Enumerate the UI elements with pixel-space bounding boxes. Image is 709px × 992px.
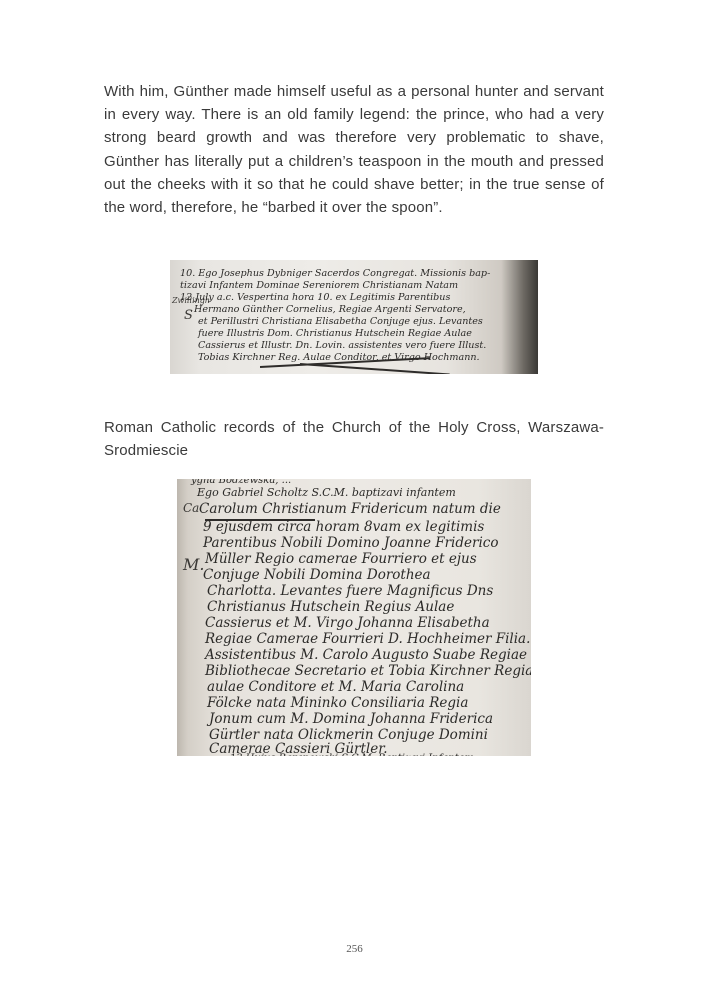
baptismal-record-scan-2: Ca M. ygna Bodzewska, ... Ego Gabriel Sc… [177,479,531,756]
page-number: 256 [0,943,709,955]
record-line: Jonum cum M. Domina Johanna Friderica [177,711,531,727]
record-line: Carolum Christianum Fridericum natum die [177,501,531,517]
record-line: fuere Illustris Dom. Christianus Hutsche… [170,328,538,340]
record-line: Cassierus et M. Virgo Johanna Elisabetha [177,615,531,631]
record-line: Regiae Camerae Fourrieri D. Hochheimer F… [177,631,531,647]
baptismal-record-scan-1: Zwillingh S 10. Ego Josephus Dybniger Sa… [170,260,538,374]
record-line: Charlotta. Levantes fuere Magnificus Dns [177,583,531,599]
record-line: aulae Conditore et M. Maria Carolina [177,679,531,695]
record-line: Hermano Günther Cornelius, Regiae Argent… [170,304,538,316]
image-caption: Roman Catholic records of the Church of … [104,416,604,462]
record-line: 9 ejusdem circa horam 8vam ex legitimis [177,519,531,535]
record-line: 12 July a.c. Vespertina hora 10. ex Legi… [170,292,538,304]
record-line: Cassierus et Illustr. Dn. Lovin. assiste… [170,340,538,352]
body-paragraph-barber-legend: With him, Günther made himself useful as… [104,80,604,219]
record-line: ... 13 Hujus Baranowski S.C.M. Baptizavi… [177,751,531,756]
record-line: Bibliothecae Secretario et Tobia Kirchne… [177,663,531,679]
flourish-stroke [300,363,450,374]
record-line: et Perillustri Christiana Elisabetha Con… [170,316,538,328]
record-line: Ego Gabriel Scholtz S.C.M. baptizavi inf… [177,485,531,501]
record-line: Müller Regio camerae Fourriero et ejus [177,551,531,567]
record-line: Fölcke nata Mininko Consiliaria Regia [177,695,531,711]
document-page: With him, Günther made himself useful as… [0,0,709,992]
record-line: 10. Ego Josephus Dybniger Sacerdos Congr… [170,268,538,280]
record-line: Parentibus Nobili Domino Joanne Frideric… [177,535,531,551]
record-line: Christianus Hutschein Regius Aulae [177,599,531,615]
record-line: tizavi Infantem Dominae Sereniorem Chris… [170,280,538,292]
record-line: Conjuge Nobili Domina Dorothea [177,567,531,583]
record-line: Assistentibus M. Carolo Augusto Suabe Re… [177,647,531,663]
